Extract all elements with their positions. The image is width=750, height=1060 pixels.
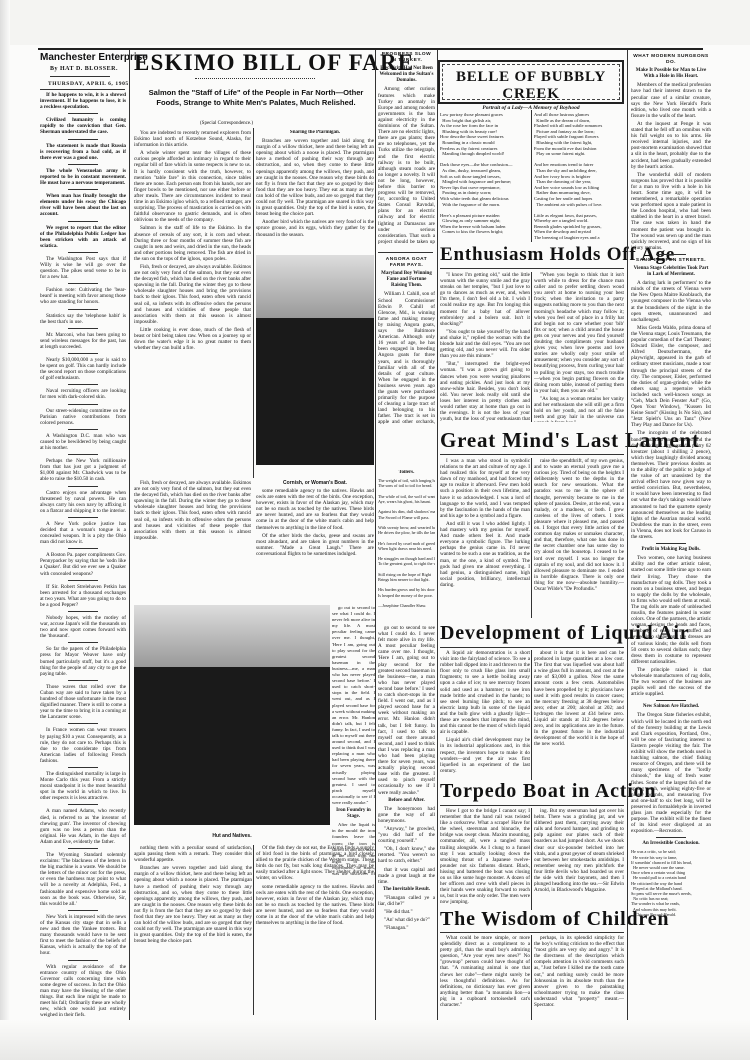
turkey-column: PROGRESS SLOW IN TURKEY. Electricity Has… bbox=[378, 50, 435, 245]
editorial-paragraph: New York is impressed with the news of t… bbox=[40, 914, 126, 957]
editorial-paragraph: If he happens to win, it is a shrewd inv… bbox=[40, 92, 126, 110]
torpedo-column-2: ing. But my steersman had got over his h… bbox=[534, 808, 624, 910]
turkey-subhead: Electricity Has Not Been Welcomed in the… bbox=[378, 66, 435, 84]
byline: By HAT D. BLOSSER. bbox=[50, 66, 118, 72]
snaring-subhead: Snaring the Ptarmigan. bbox=[256, 130, 374, 136]
column-rule bbox=[375, 50, 376, 1020]
article-paragraph: William J. Cahill, son of School Commiss… bbox=[378, 291, 435, 425]
article-paragraph: You are indebted to recently returned ex… bbox=[134, 130, 251, 148]
article-paragraph: How I got to the bridge I cannot say; I … bbox=[440, 808, 530, 906]
eskimo-subhead: Salmon the "Staff of Life" of the People… bbox=[136, 88, 376, 108]
article-paragraph: go out to second to see what I could do.… bbox=[378, 625, 435, 796]
toilers-column: Toilers. The weight of toil, with longin… bbox=[378, 470, 435, 620]
article-paragraph: At the inquest at Penge it was stated th… bbox=[631, 121, 711, 170]
article-paragraph: A daring lark in performers' to the mind… bbox=[631, 280, 711, 323]
editorial-paragraph: Mr. Marconi, who has been going to send … bbox=[40, 332, 126, 350]
divider bbox=[378, 252, 433, 253]
editorial-paragraph: Nobody hopes, with the motley of war, ac… bbox=[40, 615, 126, 639]
article-paragraph: perhaps, in its splendid simplicity for … bbox=[534, 935, 624, 1008]
editorial-paragraph: The statement is made that Russia is rec… bbox=[40, 143, 126, 161]
article-paragraph: Of the fish they do not eat, the Eskimo … bbox=[256, 845, 374, 882]
divider bbox=[440, 647, 624, 648]
photo-caption: Cornish, or Woman's Boat. bbox=[256, 480, 374, 486]
article-paragraph: go out to second to see what I could do.… bbox=[332, 605, 375, 806]
dialogue-line: "An' what did ye do?" bbox=[378, 917, 435, 923]
eskimo-headline: ESKIMO BILL OF FARE bbox=[134, 50, 414, 76]
column-rule bbox=[531, 650, 532, 780]
surgeons-column: WHAT MODERN SURGEONS DO. Make It Possibl… bbox=[631, 52, 711, 1017]
vienna-subhead: Vienna Stage Celebrities Took Part in La… bbox=[631, 266, 711, 278]
baseball-column: go out to second to see what I could do.… bbox=[332, 605, 375, 875]
article-paragraph: "You ought to take yourself by the hand … bbox=[440, 329, 530, 359]
editorial-paragraph: Castro enjoys one advantage when threate… bbox=[40, 490, 126, 514]
editorial-paragraph: Our street-widening committee on the Par… bbox=[40, 408, 126, 426]
dolls-headline: Profit in Making Rag Dolls. bbox=[631, 547, 711, 553]
editorial-paragraph: Perhaps the New York millionaire from th… bbox=[40, 458, 126, 482]
article-paragraph: nothing them with a peculiar sound of sa… bbox=[134, 845, 252, 863]
article-paragraph: The principle raised is that wholesale m… bbox=[631, 667, 711, 697]
article-paragraph: "As long as a woman retains her vanity a… bbox=[534, 396, 624, 422]
editorial-paragraph: Fashion note: Cultivating the 'bear-bear… bbox=[40, 287, 126, 305]
editorial-paragraph: So far the papers of the Philadelphia pr… bbox=[40, 646, 126, 676]
editorial-paragraph: A Boston Pa. paper compliments Gov. Penn… bbox=[40, 552, 126, 576]
article-paragraph: "Anyway," he growled, "you did half of t… bbox=[378, 826, 435, 844]
article-paragraph: The Oregon State fisheries exhibit, whic… bbox=[631, 712, 711, 834]
editorial-column: If he happens to win, it is a shrewd inv… bbox=[40, 92, 126, 1022]
photo-womans-boat bbox=[256, 255, 374, 465]
column-rule bbox=[253, 845, 254, 1015]
column-rule bbox=[531, 458, 532, 618]
editorial-paragraph: Naval recruiting officers are looking fo… bbox=[40, 388, 126, 400]
editorial-paragraph: When man has finally brought the element… bbox=[40, 193, 126, 217]
article-paragraph: A whole winter spent near the villages o… bbox=[134, 150, 251, 223]
column-rule bbox=[253, 128, 254, 478]
article-paragraph: Another bird which the natives are very … bbox=[256, 219, 374, 237]
liquid-air-column-1: A liquid air demonstration is a short vi… bbox=[440, 650, 530, 780]
salmon-headline: New Salmon Are Hatched. bbox=[631, 704, 711, 710]
editorial-paragraph: The distinguished mortality is large in … bbox=[40, 771, 126, 801]
iron-foundry-head: Iron Foundry in Stage. bbox=[332, 808, 375, 820]
article-paragraph: Two women, one having business ability a… bbox=[631, 555, 711, 665]
column-rule bbox=[531, 935, 532, 1020]
eskimo-column-1: You are indebted to recently returned ex… bbox=[134, 130, 251, 475]
column-rule bbox=[129, 50, 130, 1020]
masthead-title: Manchester Enterprise bbox=[40, 52, 148, 63]
article-paragraph: Miss Gerda Waldo, prima donna of the Vie… bbox=[631, 325, 711, 429]
eskimo-column-2b: some remediable agency to the natives. H… bbox=[256, 488, 374, 603]
toilers-poem: The weight of toil, with longing head, T… bbox=[378, 478, 435, 608]
page-left-edge bbox=[0, 0, 10, 1060]
article-paragraph: A liquid air demonstration is a short vi… bbox=[440, 650, 530, 735]
article-paragraph: I was a man who stood in symbolic relati… bbox=[440, 458, 530, 519]
page-top-margin bbox=[0, 0, 750, 45]
newspaper-page: Manchester Enterprise By HAT D. BLOSSER.… bbox=[0, 0, 750, 1060]
conclusion-headline: An Irresistible Conclusion. bbox=[631, 841, 711, 847]
eskimo-column-2: Snaring the Ptarmigan. Branches are wove… bbox=[256, 130, 374, 250]
column-rule bbox=[531, 808, 532, 910]
page-bottom-margin bbox=[0, 1020, 750, 1060]
misc-column: go out to second to see what I could do.… bbox=[378, 625, 435, 1020]
article-paragraph: raise the spendthrift, of my own genius,… bbox=[534, 458, 624, 592]
divider bbox=[40, 89, 125, 90]
article-paragraph: about it is that it is here and can be p… bbox=[534, 650, 624, 748]
great-mind-column-1: I was a man who stood in symbolic relati… bbox=[440, 458, 530, 618]
editorial-paragraph: A Washington D.C. man who was caused to … bbox=[40, 433, 126, 451]
article-paragraph: The incognito of the celebrated band rem… bbox=[631, 430, 711, 540]
dateline: THURSDAY, APRIL 6, 1905. bbox=[48, 81, 131, 87]
divider bbox=[440, 268, 624, 269]
article-paragraph: Of the other birds the ducks, geese and … bbox=[256, 533, 374, 557]
great-mind-column-2: raise the spendthrift, of my own genius,… bbox=[534, 458, 624, 618]
divider bbox=[50, 76, 110, 77]
divider bbox=[440, 932, 624, 933]
belle-headline: BELLE OF BUBBLY CREEK bbox=[443, 69, 619, 103]
goat-subhead: Maryland Boy Winning Fame and Fortune Ra… bbox=[378, 271, 435, 289]
wisdom-column-1: What could be more simple, or more splen… bbox=[440, 935, 530, 1020]
editorial-paragraph: With regular avoidance of the entrance c… bbox=[40, 964, 126, 1019]
conclusion-poem: He was a critic, so he said; He wrote hi… bbox=[631, 849, 711, 917]
article-paragraph: Salmon is the staff of life to the Eskim… bbox=[134, 225, 251, 262]
article-paragraph: some remediable agency to the natives. H… bbox=[256, 488, 374, 531]
inevitable-head: The Inevitable Result. bbox=[378, 887, 435, 893]
editorial-paragraph: The Washington Post says that if Willy i… bbox=[40, 256, 126, 280]
eskimo-bottom-right: Of the fish they do not eat, the Eskimo … bbox=[256, 845, 374, 1010]
divider bbox=[440, 454, 624, 455]
goat-column: ANGORA GOAT FARM PAYS. Maryland Boy Winn… bbox=[378, 255, 435, 425]
editorial-paragraph: Civilized humanity is coming rapidly to … bbox=[40, 117, 126, 135]
dialogue-line: "Flanagan called ye a liar, did he?" bbox=[378, 895, 435, 907]
eskimo-bottom-left: nothing them with a peculiar sound of sa… bbox=[134, 845, 252, 1010]
column-rule bbox=[531, 272, 532, 422]
torpedo-headline: Torpedo Boat in Action bbox=[440, 780, 656, 803]
article-paragraph: ing. But my steersman had got over his h… bbox=[534, 808, 624, 893]
editorial-paragraph: The Wyoming Standard solemnly exclaims: … bbox=[40, 852, 126, 907]
editorial-paragraph: Those waves that rolled over the Cuban w… bbox=[40, 684, 126, 721]
photo-hut-and-natives bbox=[134, 605, 330, 825]
divider bbox=[440, 805, 624, 806]
toilers-head: Toilers. bbox=[378, 470, 435, 476]
article-paragraph: The wonderful skill of modern surgeons h… bbox=[631, 172, 711, 251]
liquid-air-column-2: about it is that it is here and can be p… bbox=[534, 650, 624, 780]
surgeons-subhead: Make It Possible for Man to Live With a … bbox=[631, 68, 711, 80]
belle-title-box: BELLE OF BUBBLY CREEK Portrait of a Lady… bbox=[438, 60, 624, 104]
article-paragraph: Branches are woven together and laid alo… bbox=[134, 865, 252, 944]
before-after-head: Before and After. bbox=[378, 798, 435, 804]
editorial-paragraph: Statistics say the 'telephone habit' is … bbox=[40, 313, 126, 325]
article-paragraph: And still it was I who added lightly. I … bbox=[440, 521, 530, 588]
article-paragraph: some remediable agency to the natives. H… bbox=[256, 884, 374, 927]
ornament-rule bbox=[195, 78, 315, 79]
article-paragraph: Fish, fresh or decayed, are always avail… bbox=[134, 480, 251, 541]
article-paragraph: Liquid air's chief development may be in… bbox=[440, 737, 530, 774]
wisdom-column-2: perhaps, in its splendid simplicity for … bbox=[534, 935, 624, 1020]
article-paragraph: "But," interrupted the bright-eyed woman… bbox=[440, 361, 530, 422]
special-correspondence: (Special Correspondence.) bbox=[200, 121, 253, 126]
editorial-paragraph: If Sir. Robert Strelehaven Petkin has be… bbox=[40, 584, 126, 608]
article-paragraph: Branches are woven together and laid alo… bbox=[256, 138, 374, 217]
column-rule bbox=[627, 50, 628, 1020]
article-paragraph: The honeymoon had gone the way of all ho… bbox=[378, 806, 435, 824]
enthusiasm-column-2: "When you begin to think that it isn't w… bbox=[534, 272, 624, 422]
editorial-paragraph: The whole Venezuelan army is reported to… bbox=[40, 168, 126, 186]
dialogue-line: "He did that." bbox=[378, 909, 435, 915]
article-paragraph: Among other curious features which make … bbox=[378, 86, 435, 245]
belle-poem-left: Low portray those pleasant graces How br… bbox=[440, 112, 530, 242]
dialogue-line: "Flanagan." bbox=[378, 925, 435, 931]
article-paragraph: Little cooking is ever done, much of the… bbox=[134, 327, 251, 351]
article-paragraph: Fish, fresh or decayed, are always avail… bbox=[134, 264, 251, 325]
column-rule bbox=[437, 50, 438, 1020]
editorial-paragraph: A man named Adams, who recently died, is… bbox=[40, 808, 126, 845]
eskimo-column-1b: Fish, fresh or decayed, are always avail… bbox=[134, 480, 251, 605]
editorial-paragraph: We regret to report that the editor of t… bbox=[40, 225, 126, 249]
article-paragraph: "Oh, I don't know," she retorted. "You w… bbox=[378, 846, 435, 864]
vienna-headline: SANG IN OPEN STREETS. bbox=[631, 258, 711, 264]
article-paragraph: Members of the medical profession have h… bbox=[631, 82, 711, 119]
article-paragraph: What could be more simple, or more splen… bbox=[440, 935, 530, 1008]
editorial-paragraph: A New York police justice has decided th… bbox=[40, 521, 126, 545]
surgeons-headline: WHAT MODERN SURGEONS DO. bbox=[631, 54, 711, 66]
photo-caption: Hut and Natives. bbox=[134, 833, 330, 839]
editorial-paragraph: Nearly $10,000,000 a year is said to be … bbox=[40, 357, 126, 381]
turkey-headline: PROGRESS SLOW IN TURKEY. bbox=[378, 52, 435, 64]
column-rule bbox=[531, 110, 532, 242]
editorial-paragraph: In France women can wear trousers by pay… bbox=[40, 727, 126, 764]
goat-headline: ANGORA GOAT FARM PAYS. bbox=[378, 257, 435, 269]
enthusiasm-column-1: "I know I'm getting old," said the littl… bbox=[440, 272, 530, 422]
torpedo-column-1: How I got to the bridge I cannot say; I … bbox=[440, 808, 530, 910]
article-paragraph: that it was capital and made a great lau… bbox=[378, 867, 435, 885]
article-paragraph: "I know I'm getting old," said the littl… bbox=[440, 272, 530, 327]
article-paragraph: "When you begin to think that it isn't w… bbox=[534, 272, 624, 394]
belle-poem-right: And all those lustrous glances Kindle as… bbox=[534, 112, 624, 242]
